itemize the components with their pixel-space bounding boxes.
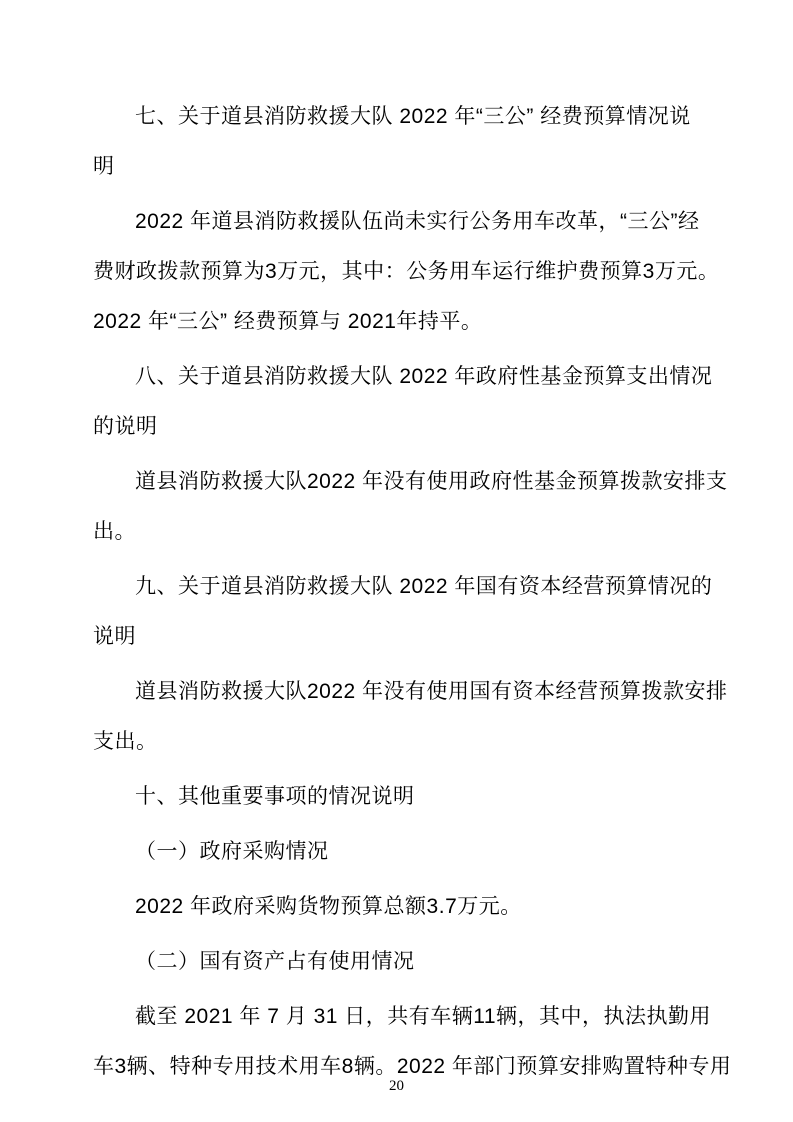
text-line: （一）政府采购情况 — [93, 827, 718, 877]
text-line: 明 — [93, 142, 718, 192]
paragraph: 道县消防救援大队2022 年没有使用政府性基金预算拨款安排支出。 — [93, 457, 718, 557]
text-line: 十、其他重要事项的情况说明 — [93, 772, 718, 822]
text-line: 出。 — [93, 507, 718, 557]
text-line: 八、关于道县消防救援大队 2022 年政府性基金预算支出情况 — [93, 352, 718, 402]
paragraph: （一）政府采购情况 — [93, 827, 718, 877]
text-line: 支出。 — [93, 717, 718, 767]
paragraph: 2022 年政府采购货物预算总额3.7万元。 — [93, 882, 718, 932]
text-line: 道县消防救援大队2022 年没有使用国有资本经营预算拨款安排 — [93, 667, 718, 717]
paragraph: 截至 2021 年 7 月 31 日，共有车辆11辆，其中，执法执勤用车3辆、特… — [93, 992, 718, 1092]
paragraph: 九、关于道县消防救援大队 2022 年国有资本经营预算情况的说明 — [93, 562, 718, 662]
text-line: 七、关于道县消防救援大队 2022 年“三公” 经费预算情况说 — [93, 92, 718, 142]
paragraph: 七、关于道县消防救援大队 2022 年“三公” 经费预算情况说明 — [93, 92, 718, 192]
text-line: 费财政拨款预算为3万元，其中：公务用车运行维护费预算3万元。 — [93, 247, 718, 297]
paragraph: 2022 年道县消防救援队伍尚未实行公务用车改革，“三公”经费财政拨款预算为3万… — [93, 197, 718, 347]
text-line: 截至 2021 年 7 月 31 日，共有车辆11辆，其中，执法执勤用 — [93, 992, 718, 1042]
text-line: （二）国有资产占有使用情况 — [93, 937, 718, 987]
text-line: 2022 年“三公” 经费预算与 2021年持平。 — [93, 297, 718, 347]
text-line: 2022 年政府采购货物预算总额3.7万元。 — [93, 882, 718, 932]
text-line: 2022 年道县消防救援队伍尚未实行公务用车改革，“三公”经 — [93, 197, 718, 247]
paragraph: 八、关于道县消防救援大队 2022 年政府性基金预算支出情况的说明 — [93, 352, 718, 452]
text-line: 九、关于道县消防救援大队 2022 年国有资本经营预算情况的 — [93, 562, 718, 612]
text-line: 的说明 — [93, 402, 718, 452]
page-number: 20 — [0, 1078, 793, 1095]
text-line: 道县消防救援大队2022 年没有使用政府性基金预算拨款安排支 — [93, 457, 718, 507]
text-line: 说明 — [93, 612, 718, 662]
document-page: 七、关于道县消防救援大队 2022 年“三公” 经费预算情况说明2022 年道县… — [0, 0, 793, 1122]
paragraph: 十、其他重要事项的情况说明 — [93, 772, 718, 822]
document-body: 七、关于道县消防救援大队 2022 年“三公” 经费预算情况说明2022 年道县… — [93, 92, 718, 1097]
paragraph: （二）国有资产占有使用情况 — [93, 937, 718, 987]
paragraph: 道县消防救援大队2022 年没有使用国有资本经营预算拨款安排支出。 — [93, 667, 718, 767]
